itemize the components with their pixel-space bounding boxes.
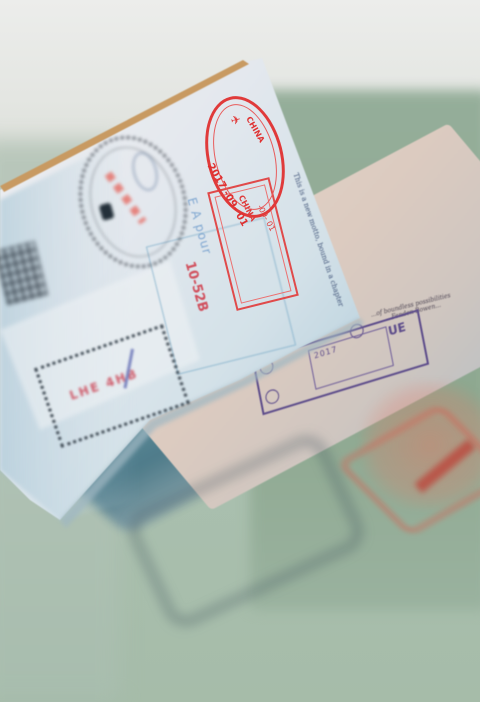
passport-photo: ...of boundless possibilities ...Fenden …: [0, 0, 480, 702]
